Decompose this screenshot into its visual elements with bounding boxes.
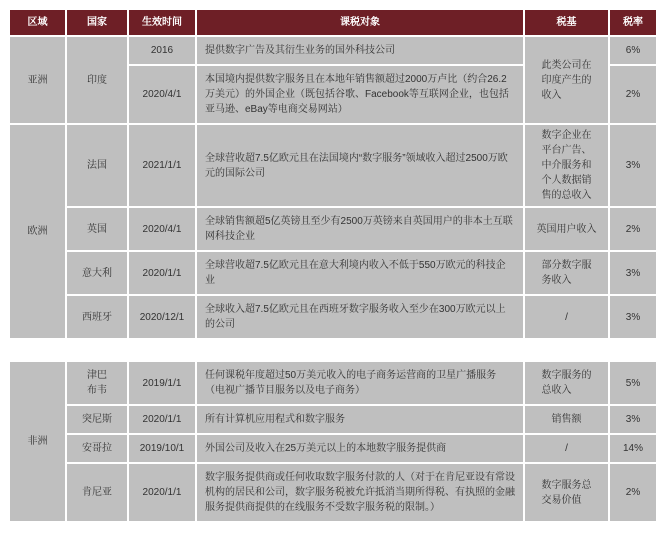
cell-date: 2019/10/1 [128, 434, 196, 463]
cell-text: 西班牙 [82, 310, 112, 325]
cell-country: 突尼斯 [66, 405, 128, 434]
cell-text: 全球销售额超5亿英镑且至少有2500万英镑来自英国用户的非本土互联网科技企业 [205, 214, 515, 244]
cell-text: 肯尼亚 [82, 485, 112, 500]
cell-rate: 3% [609, 405, 657, 434]
cell-object: 全球收入超7.5亿欧元且在西班牙数字服务收入至少在300万欧元以上的公司 [196, 295, 524, 339]
cell-region: 非洲 [9, 361, 66, 522]
cell-rate: 14% [609, 434, 657, 463]
cell-text: 2020/4/1 [143, 222, 182, 237]
cell-date: 2016 [128, 36, 196, 65]
cell-text: 6% [626, 43, 640, 58]
cell-object: 提供数字广告及其衍生业务的国外科技公司 [196, 36, 524, 65]
cell-object: 外国公司及收入在25万美元以上的本地数字服务提供商 [196, 434, 524, 463]
cell-text: 2020/1/1 [143, 266, 182, 281]
cell-date: 2020/12/1 [128, 295, 196, 339]
cell-country: 意大利 [66, 251, 128, 295]
column-header-region: 区域 [9, 9, 66, 36]
column-header-rate: 税率 [609, 9, 657, 36]
cell-text: 英国 [87, 222, 107, 237]
cell-text: 法国 [87, 158, 107, 173]
table-row: 安哥拉2019/10/1外国公司及收入在25万美元以上的本地数字服务提供商/14… [9, 434, 657, 463]
cell-text: 销售额 [552, 412, 582, 427]
cell-rate: 2% [609, 463, 657, 522]
cell-text: 此类公司在 印度产生的 收入 [542, 58, 592, 103]
digital-tax-table-page: 区域国家生效时间课税对象税基税率亚洲印度2016提供数字广告及其衍生业务的国外科… [0, 0, 664, 541]
table-row: 西班牙2020/12/1全球收入超7.5亿欧元且在西班牙数字服务收入至少在300… [9, 295, 657, 339]
cell-text: 欧洲 [28, 224, 48, 239]
cell-text: 3% [626, 158, 640, 173]
cell-base: 部分数字服 务收入 [524, 251, 609, 295]
cell-text: 全球收入超7.5亿欧元且在西班牙数字服务收入至少在300万欧元以上的公司 [205, 302, 515, 332]
cell-base: 英国用户收入 [524, 207, 609, 251]
table-header-row: 区域国家生效时间课税对象税基税率 [9, 9, 657, 36]
cell-text: 部分数字服 务收入 [542, 258, 592, 288]
cell-base: 此类公司在 印度产生的 收入 [524, 36, 609, 124]
cell-rate: 6% [609, 36, 657, 65]
cell-object: 任何课税年度超过50万美元收入的电子商务运营商的卫星广播服务（电视广播节目服务以… [196, 361, 524, 405]
cell-text: 2016 [151, 43, 173, 58]
cell-text: 3% [626, 412, 640, 427]
table-row: 欧洲法国2021/1/1全球营收超7.5亿欧元且在法国境内“数字服务”领域收入超… [9, 124, 657, 207]
cell-text: 3% [626, 266, 640, 281]
cell-country: 法国 [66, 124, 128, 207]
cell-base: / [524, 295, 609, 339]
cell-region: 欧洲 [9, 124, 66, 339]
cell-country: 津巴 布韦 [66, 361, 128, 405]
cell-text: 数字服务的 总收入 [542, 368, 592, 398]
cell-text: 津巴 布韦 [87, 368, 107, 398]
cell-text: / [565, 310, 568, 325]
cell-text: 亚洲 [28, 73, 48, 88]
cell-object: 所有计算机应用程式和数字服务 [196, 405, 524, 434]
cell-object: 全球营收超7.5亿欧元且在法国境内“数字服务”领域收入超过2500万欧元的国际公… [196, 124, 524, 207]
cell-text: 任何课税年度超过50万美元收入的电子商务运营商的卫星广播服务（电视广播节目服务以… [205, 368, 515, 398]
cell-text: 所有计算机应用程式和数字服务 [205, 412, 345, 427]
cell-rate: 3% [609, 251, 657, 295]
asia-europe-table: 区域国家生效时间课税对象税基税率亚洲印度2016提供数字广告及其衍生业务的国外科… [8, 8, 658, 340]
cell-text: 意大利 [82, 266, 112, 281]
table-row: 非洲津巴 布韦2019/1/1任何课税年度超过50万美元收入的电子商务运营商的卫… [9, 361, 657, 405]
cell-base: 销售额 [524, 405, 609, 434]
cell-country: 英国 [66, 207, 128, 251]
table-row: 突尼斯2020/1/1所有计算机应用程式和数字服务销售额3% [9, 405, 657, 434]
table-row: 肯尼亚2020/1/1数字服务提供商或任何收取数字服务付款的人（对于在肯尼亚设有… [9, 463, 657, 522]
cell-text: 突尼斯 [82, 412, 112, 427]
cell-text: 英国用户收入 [537, 222, 597, 237]
cell-text: 2020/1/1 [143, 412, 182, 427]
cell-rate: 3% [609, 124, 657, 207]
cell-country: 安哥拉 [66, 434, 128, 463]
cell-text: 2020/1/1 [143, 485, 182, 500]
cell-base: 数字服务总 交易价值 [524, 463, 609, 522]
cell-country: 西班牙 [66, 295, 128, 339]
cell-text: 2021/1/1 [143, 158, 182, 173]
cell-date: 2021/1/1 [128, 124, 196, 207]
column-header-country: 国家 [66, 9, 128, 36]
cell-text: 安哥拉 [82, 441, 112, 456]
cell-date: 2020/1/1 [128, 405, 196, 434]
cell-text: 数字企业在 平台广告、 中介服务和 个人数据销 售的总收入 [542, 128, 592, 203]
cell-object: 数字服务提供商或任何收取数字服务付款的人（对于在肯尼亚设有常设机构的居民和公司，… [196, 463, 524, 522]
cell-country: 印度 [66, 36, 128, 124]
cell-date: 2019/1/1 [128, 361, 196, 405]
cell-text: 全球营收超7.5亿欧元且在意大利境内收入不低于550万欧元的科技企业 [205, 258, 515, 288]
cell-text: / [565, 441, 568, 456]
cell-rate: 2% [609, 207, 657, 251]
cell-base: 数字服务的 总收入 [524, 361, 609, 405]
cell-country: 肯尼亚 [66, 463, 128, 522]
cell-text: 印度 [87, 73, 107, 88]
cell-text: 5% [626, 376, 640, 391]
cell-rate: 5% [609, 361, 657, 405]
table-row: 意大利2020/1/1全球营收超7.5亿欧元且在意大利境内收入不低于550万欧元… [9, 251, 657, 295]
cell-object: 全球营收超7.5亿欧元且在意大利境内收入不低于550万欧元的科技企业 [196, 251, 524, 295]
cell-base: 数字企业在 平台广告、 中介服务和 个人数据销 售的总收入 [524, 124, 609, 207]
cell-text: 14% [623, 441, 643, 456]
cell-text: 全球营收超7.5亿欧元且在法国境内“数字服务”领域收入超过2500万欧元的国际公… [205, 151, 515, 181]
cell-rate: 3% [609, 295, 657, 339]
column-header-base: 税基 [524, 9, 609, 36]
cell-text: 2020/12/1 [140, 310, 185, 325]
cell-text: 2% [626, 87, 640, 102]
cell-rate: 2% [609, 65, 657, 124]
cell-text: 3% [626, 310, 640, 325]
cell-text: 2019/1/1 [143, 376, 182, 391]
table-row: 英国2020/4/1全球销售额超5亿英镑且至少有2500万英镑来自英国用户的非本… [9, 207, 657, 251]
cell-object: 本国境内提供数字服务且在本地年销售额超过2000万卢比（约合26.2万美元）的外… [196, 65, 524, 124]
africa-table: 非洲津巴 布韦2019/1/1任何课税年度超过50万美元收入的电子商务运营商的卫… [8, 360, 658, 523]
cell-date: 2020/4/1 [128, 207, 196, 251]
cell-region: 亚洲 [9, 36, 66, 124]
cell-text: 数字服务提供商或任何收取数字服务付款的人（对于在肯尼亚设有常设机构的居民和公司，… [205, 470, 515, 515]
table-row: 亚洲印度2016提供数字广告及其衍生业务的国外科技公司此类公司在 印度产生的 收… [9, 36, 657, 65]
cell-text: 2% [626, 485, 640, 500]
cell-object: 全球销售额超5亿英镑且至少有2500万英镑来自英国用户的非本土互联网科技企业 [196, 207, 524, 251]
cell-text: 本国境内提供数字服务且在本地年销售额超过2000万卢比（约合26.2万美元）的外… [205, 72, 515, 117]
cell-text: 外国公司及收入在25万美元以上的本地数字服务提供商 [205, 441, 446, 456]
cell-text: 提供数字广告及其衍生业务的国外科技公司 [205, 43, 395, 58]
cell-text: 数字服务总 交易价值 [542, 478, 592, 508]
tables-container: 区域国家生效时间课税对象税基税率亚洲印度2016提供数字广告及其衍生业务的国外科… [8, 8, 664, 523]
cell-date: 2020/1/1 [128, 251, 196, 295]
cell-text: 2019/10/1 [140, 441, 185, 456]
column-header-date: 生效时间 [128, 9, 196, 36]
cell-date: 2020/1/1 [128, 463, 196, 522]
cell-text: 非洲 [28, 434, 48, 449]
cell-base: / [524, 434, 609, 463]
cell-text: 2020/4/1 [143, 87, 182, 102]
cell-text: 2% [626, 222, 640, 237]
column-header-object: 课税对象 [196, 9, 524, 36]
cell-date: 2020/4/1 [128, 65, 196, 124]
